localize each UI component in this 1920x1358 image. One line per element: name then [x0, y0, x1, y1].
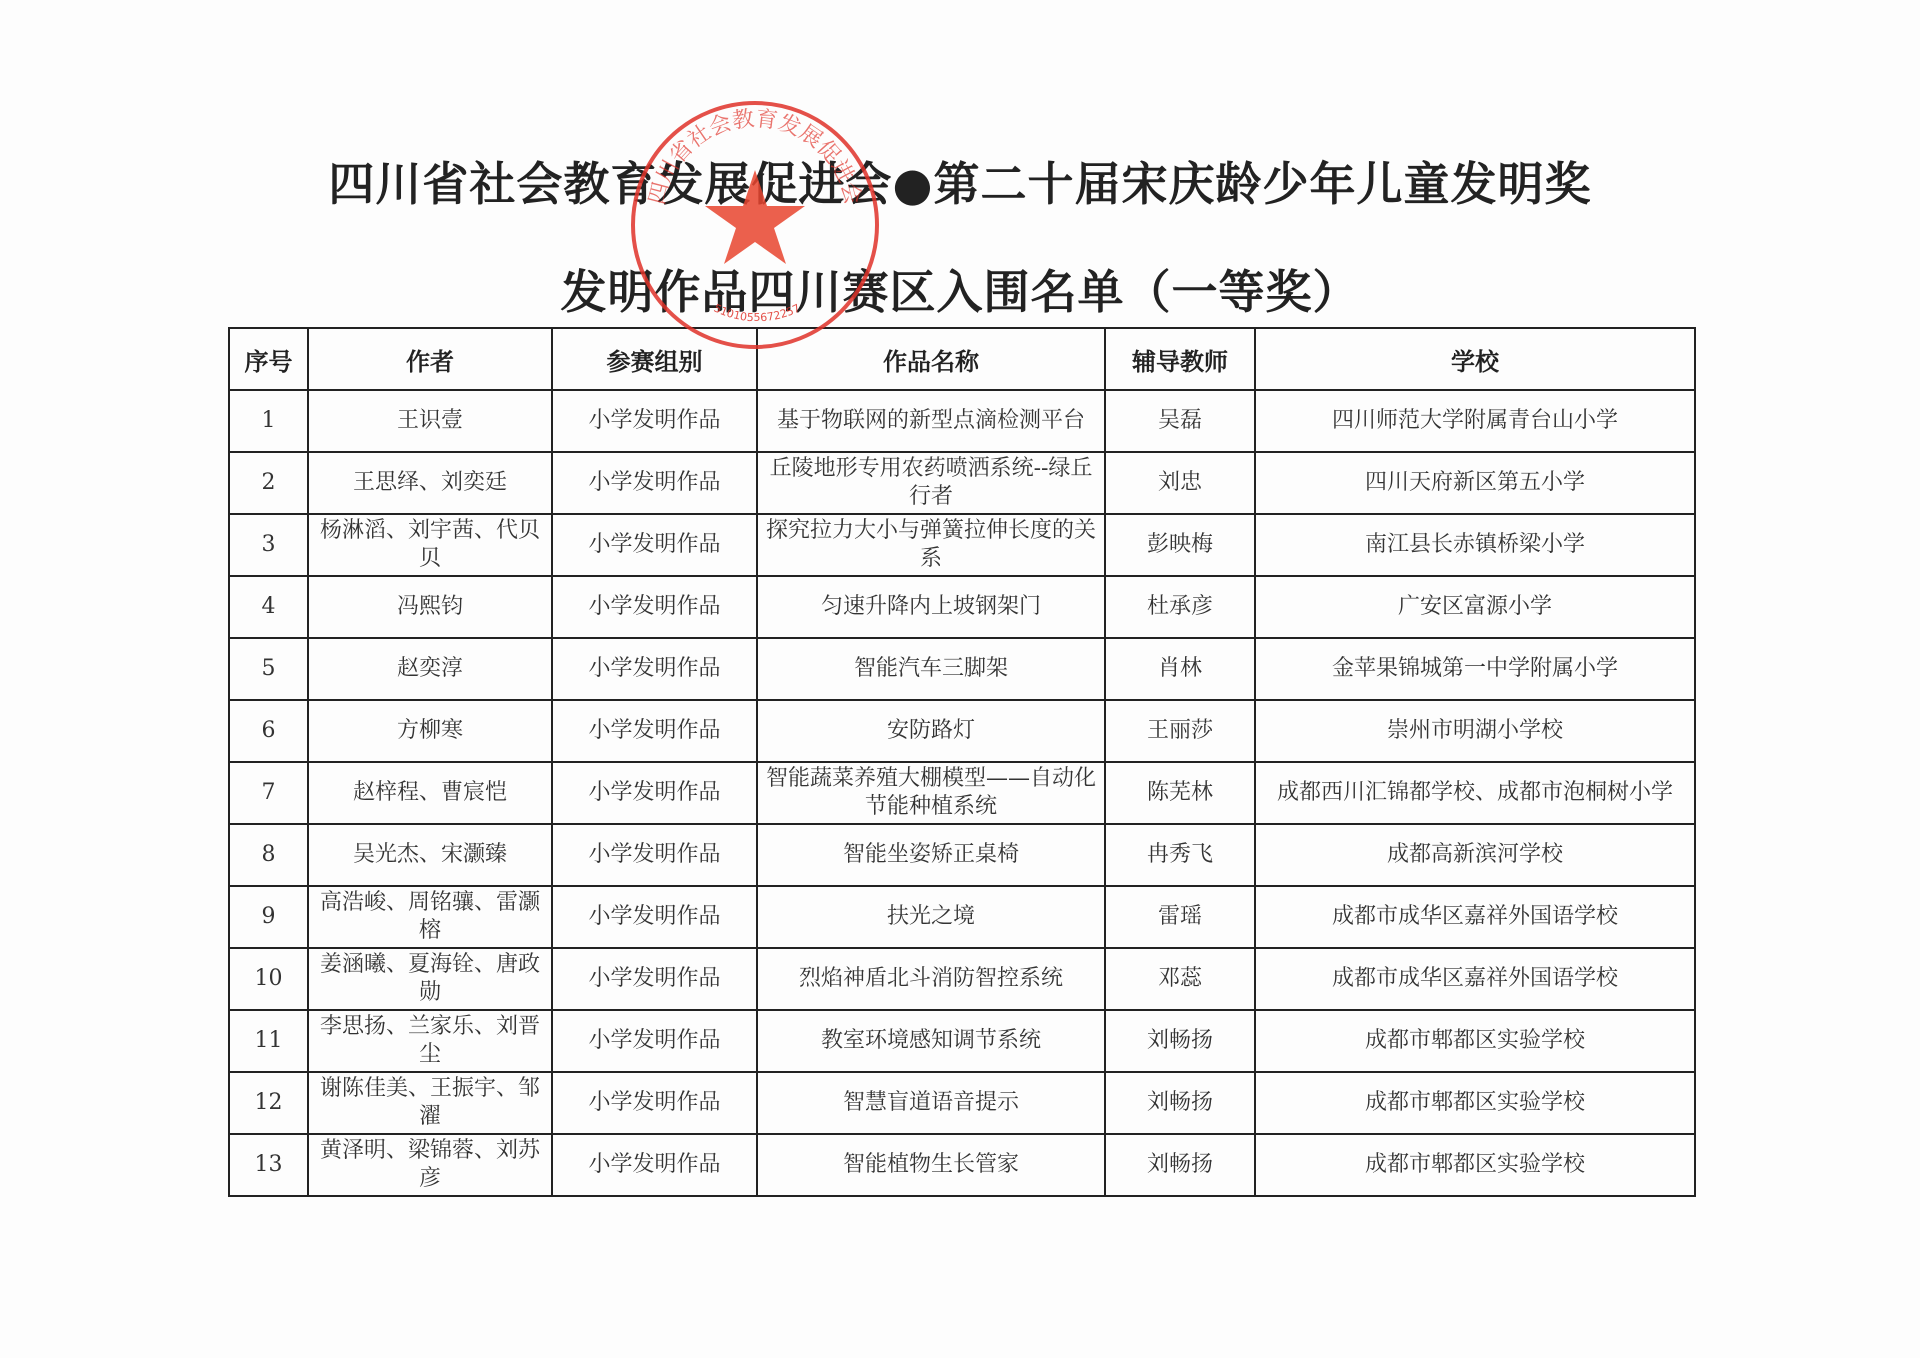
- table-row: 9高浩峻、周铭骧、雷灏榕小学发明作品扶光之境雷瑶成都市成华区嘉祥外国语学校: [229, 886, 1695, 948]
- table-row: 10姜涵曦、夏海铨、唐政勋小学发明作品烈焰神盾北斗消防智控系统邓蕊成都市成华区嘉…: [229, 948, 1695, 1010]
- cell-work: 智能蔬菜养殖大棚模型——自动化节能种植系统: [757, 762, 1105, 824]
- table-row: 12谢陈佳美、王振宇、邹濯小学发明作品智慧盲道语音提示刘畅扬成都市郫都区实验学校: [229, 1072, 1695, 1134]
- cell-group: 小学发明作品: [552, 700, 757, 762]
- cell-no: 9: [229, 886, 308, 948]
- cell-author: 吴光杰、宋灏臻: [308, 824, 552, 886]
- cell-group: 小学发明作品: [552, 452, 757, 514]
- cell-group: 小学发明作品: [552, 576, 757, 638]
- cell-author: 方柳寒: [308, 700, 552, 762]
- table-row: 1王识壹小学发明作品基于物联网的新型点滴检测平台吴磊四川师范大学附属青台山小学: [229, 390, 1695, 452]
- cell-teacher: 刘畅扬: [1105, 1134, 1255, 1196]
- cell-teacher: 雷瑶: [1105, 886, 1255, 948]
- cell-group: 小学发明作品: [552, 390, 757, 452]
- cell-teacher: 刘忠: [1105, 452, 1255, 514]
- cell-teacher: 肖林: [1105, 638, 1255, 700]
- cell-work: 扶光之境: [757, 886, 1105, 948]
- header-group: 参赛组别: [552, 328, 757, 390]
- cell-no: 6: [229, 700, 308, 762]
- document-title-line2: 发明作品四川赛区入围名单（一等奖）: [0, 256, 1920, 322]
- cell-school: 成都高新滨河学校: [1255, 824, 1695, 886]
- cell-school: 成都西川汇锦都学校、成都市泡桐树小学: [1255, 762, 1695, 824]
- cell-work: 匀速升降内上坡钢架门: [757, 576, 1105, 638]
- cell-work: 烈焰神盾北斗消防智控系统: [757, 948, 1105, 1010]
- cell-author: 高浩峻、周铭骧、雷灏榕: [308, 886, 552, 948]
- document-title-line1: 四川省社会教育发展促进会●第二十届宋庆龄少年儿童发明奖: [0, 148, 1920, 214]
- table-row: 2王思绎、刘奕廷小学发明作品丘陵地形专用农药喷洒系统--绿丘行者刘忠四川天府新区…: [229, 452, 1695, 514]
- table-row: 13黄泽明、梁锦蓉、刘苏彦小学发明作品智能植物生长管家刘畅扬成都市郫都区实验学校: [229, 1134, 1695, 1196]
- cell-author: 姜涵曦、夏海铨、唐政勋: [308, 948, 552, 1010]
- header-school: 学校: [1255, 328, 1695, 390]
- cell-group: 小学发明作品: [552, 762, 757, 824]
- cell-no: 7: [229, 762, 308, 824]
- cell-teacher: 邓蕊: [1105, 948, 1255, 1010]
- table-row: 8吴光杰、宋灏臻小学发明作品智能坐姿矫正桌椅冉秀飞成都高新滨河学校: [229, 824, 1695, 886]
- cell-no: 1: [229, 390, 308, 452]
- table-row: 4冯熙钧小学发明作品匀速升降内上坡钢架门杜承彦广安区富源小学: [229, 576, 1695, 638]
- cell-work: 教室环境感知调节系统: [757, 1010, 1105, 1072]
- cell-school: 成都市郫都区实验学校: [1255, 1010, 1695, 1072]
- cell-author: 赵奕淳: [308, 638, 552, 700]
- cell-work: 智能植物生长管家: [757, 1134, 1105, 1196]
- cell-no: 4: [229, 576, 308, 638]
- cell-no: 2: [229, 452, 308, 514]
- table-row: 3杨淋滔、刘宇茜、代贝贝小学发明作品探究拉力大小与弹簧拉伸长度的关系彭映梅南江县…: [229, 514, 1695, 576]
- table-header-row: 序号 作者 参赛组别 作品名称 辅导教师 学校: [229, 328, 1695, 390]
- cell-school: 成都市郫都区实验学校: [1255, 1134, 1695, 1196]
- cell-work: 智能汽车三脚架: [757, 638, 1105, 700]
- document-page: 四川省社会教育发展促进会●第二十届宋庆龄少年儿童发明奖 发明作品四川赛区入围名单…: [0, 0, 1920, 1358]
- cell-work: 智慧盲道语音提示: [757, 1072, 1105, 1134]
- cell-teacher: 刘畅扬: [1105, 1010, 1255, 1072]
- cell-group: 小学发明作品: [552, 1010, 757, 1072]
- cell-work: 探究拉力大小与弹簧拉伸长度的关系: [757, 514, 1105, 576]
- cell-group: 小学发明作品: [552, 514, 757, 576]
- cell-school: 成都市成华区嘉祥外国语学校: [1255, 948, 1695, 1010]
- cell-teacher: 王丽莎: [1105, 700, 1255, 762]
- cell-no: 3: [229, 514, 308, 576]
- cell-author: 赵梓程、曹宸恺: [308, 762, 552, 824]
- cell-teacher: 冉秀飞: [1105, 824, 1255, 886]
- table-row: 6方柳寒小学发明作品安防路灯王丽莎崇州市明湖小学校: [229, 700, 1695, 762]
- cell-author: 杨淋滔、刘宇茜、代贝贝: [308, 514, 552, 576]
- cell-school: 成都市郫都区实验学校: [1255, 1072, 1695, 1134]
- cell-school: 崇州市明湖小学校: [1255, 700, 1695, 762]
- cell-author: 王思绎、刘奕廷: [308, 452, 552, 514]
- cell-work: 丘陵地形专用农药喷洒系统--绿丘行者: [757, 452, 1105, 514]
- cell-no: 5: [229, 638, 308, 700]
- cell-work: 基于物联网的新型点滴检测平台: [757, 390, 1105, 452]
- cell-teacher: 彭映梅: [1105, 514, 1255, 576]
- header-work: 作品名称: [757, 328, 1105, 390]
- cell-no: 13: [229, 1134, 308, 1196]
- table-row: 7赵梓程、曹宸恺小学发明作品智能蔬菜养殖大棚模型——自动化节能种植系统陈芜林成都…: [229, 762, 1695, 824]
- cell-work: 智能坐姿矫正桌椅: [757, 824, 1105, 886]
- cell-school: 金苹果锦城第一中学附属小学: [1255, 638, 1695, 700]
- cell-no: 11: [229, 1010, 308, 1072]
- cell-work: 安防路灯: [757, 700, 1105, 762]
- cell-group: 小学发明作品: [552, 1134, 757, 1196]
- header-author: 作者: [308, 328, 552, 390]
- cell-group: 小学发明作品: [552, 638, 757, 700]
- header-no: 序号: [229, 328, 308, 390]
- cell-no: 10: [229, 948, 308, 1010]
- cell-no: 12: [229, 1072, 308, 1134]
- cell-school: 广安区富源小学: [1255, 576, 1695, 638]
- cell-author: 谢陈佳美、王振宇、邹濯: [308, 1072, 552, 1134]
- nominee-table: 序号 作者 参赛组别 作品名称 辅导教师 学校 1王识壹小学发明作品基于物联网的…: [228, 327, 1696, 1197]
- cell-author: 冯熙钧: [308, 576, 552, 638]
- cell-author: 黄泽明、梁锦蓉、刘苏彦: [308, 1134, 552, 1196]
- cell-teacher: 杜承彦: [1105, 576, 1255, 638]
- cell-school: 成都市成华区嘉祥外国语学校: [1255, 886, 1695, 948]
- cell-school: 四川天府新区第五小学: [1255, 452, 1695, 514]
- cell-group: 小学发明作品: [552, 948, 757, 1010]
- header-teacher: 辅导教师: [1105, 328, 1255, 390]
- cell-group: 小学发明作品: [552, 1072, 757, 1134]
- cell-school: 南江县长赤镇桥梁小学: [1255, 514, 1695, 576]
- cell-no: 8: [229, 824, 308, 886]
- cell-school: 四川师范大学附属青台山小学: [1255, 390, 1695, 452]
- table-row: 5赵奕淳小学发明作品智能汽车三脚架肖林金苹果锦城第一中学附属小学: [229, 638, 1695, 700]
- cell-teacher: 吴磊: [1105, 390, 1255, 452]
- cell-group: 小学发明作品: [552, 824, 757, 886]
- cell-author: 李思扬、兰家乐、刘晋尘: [308, 1010, 552, 1072]
- cell-author: 王识壹: [308, 390, 552, 452]
- cell-teacher: 陈芜林: [1105, 762, 1255, 824]
- cell-teacher: 刘畅扬: [1105, 1072, 1255, 1134]
- cell-group: 小学发明作品: [552, 886, 757, 948]
- table-row: 11李思扬、兰家乐、刘晋尘小学发明作品教室环境感知调节系统刘畅扬成都市郫都区实验…: [229, 1010, 1695, 1072]
